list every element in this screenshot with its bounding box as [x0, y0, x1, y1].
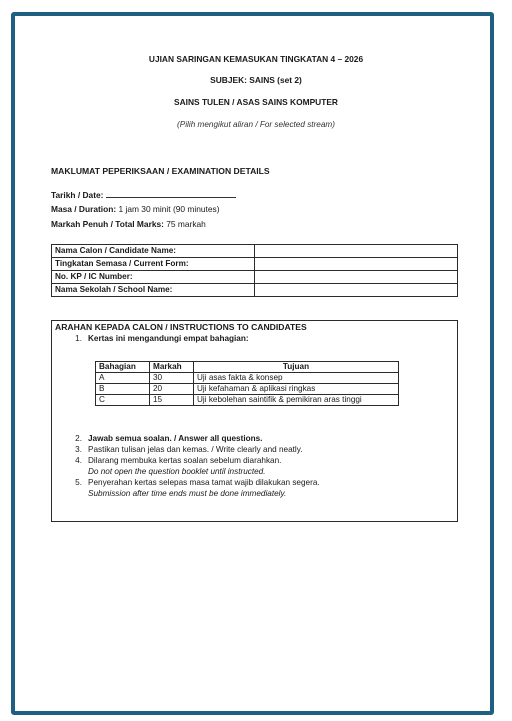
instruction-text: Kertas ini mengandungi empat bahagian:	[88, 334, 249, 343]
school-name-label: Nama Sekolah / School Name:	[52, 284, 255, 297]
instruction-text: Jawab semua soalan. / Answer all questio…	[88, 434, 262, 443]
instructions-heading: ARAHAN KEPADA CALON / INSTRUCTIONS TO CA…	[55, 322, 307, 332]
table-row: C 15 Uji kebolehan saintifik & pemikiran…	[96, 395, 399, 406]
current-form-label: Tingkatan Semasa / Current Form:	[52, 258, 255, 271]
cell-marks: 20	[150, 384, 194, 395]
table-row: Tingkatan Semasa / Current Form:	[52, 258, 458, 271]
instruction-item-5: 5.Penyerahan kertas selepas masa tamat w…	[66, 477, 320, 499]
col-header-markah: Markah	[150, 362, 194, 373]
instructions-box: ARAHAN KEPADA CALON / INSTRUCTIONS TO CA…	[51, 320, 458, 522]
col-header-tujuan: Tujuan	[194, 362, 399, 373]
candidate-name-field[interactable]	[255, 245, 458, 258]
cell-purpose: Uji kebolehan saintifik & pemikiran aras…	[194, 395, 399, 406]
cell-purpose: Uji asas fakta & konsep	[194, 373, 399, 384]
instruction-translation: Submission after time ends must be done …	[66, 488, 320, 499]
instruction-number: 5.	[66, 477, 82, 488]
exam-subject: SUBJEK: SAINS (set 2)	[0, 75, 512, 86]
exam-details-heading: MAKLUMAT PEPERIKSAAN / EXAMINATION DETAI…	[51, 166, 270, 177]
instruction-number: 4.	[66, 455, 82, 466]
instruction-text: Penyerahan kertas selepas masa tamat waj…	[88, 478, 320, 487]
marks-label: Markah Penuh / Total Marks:	[51, 219, 164, 229]
duration-value: 1 jam 30 minit (90 minutes)	[118, 204, 219, 214]
instruction-number: 3.	[66, 444, 82, 455]
table-row: Nama Calon / Candidate Name:	[52, 245, 458, 258]
exam-stream: SAINS TULEN / ASAS SAINS KOMPUTER	[0, 97, 512, 108]
candidate-name-label: Nama Calon / Candidate Name:	[52, 245, 255, 258]
cell-purpose: Uji kefahaman & aplikasi ringkas	[194, 384, 399, 395]
col-header-bahagian: Bahagian	[96, 362, 150, 373]
table-row: Nama Sekolah / School Name:	[52, 284, 458, 297]
instruction-text: Pastikan tulisan jelas dan kemas. / Writ…	[88, 445, 303, 454]
ic-number-field[interactable]	[255, 271, 458, 284]
cell-marks: 30	[150, 373, 194, 384]
cell-section: A	[96, 373, 150, 384]
sections-table: Bahagian Markah Tujuan A 30 Uji asas fak…	[95, 361, 399, 406]
cell-section: B	[96, 384, 150, 395]
instruction-item-2: 2.Jawab semua soalan. / Answer all quest…	[66, 433, 262, 444]
instruction-number: 2.	[66, 433, 82, 444]
school-name-field[interactable]	[255, 284, 458, 297]
current-form-field[interactable]	[255, 258, 458, 271]
date-label: Tarikh / Date:	[51, 190, 103, 200]
instruction-number: 1.	[66, 333, 82, 344]
duration-label: Masa / Duration:	[51, 204, 116, 214]
table-row: No. KP / IC Number:	[52, 271, 458, 284]
marks-line: Markah Penuh / Total Marks: 75 markah	[51, 219, 206, 230]
duration-line: Masa / Duration: 1 jam 30 minit (90 minu…	[51, 204, 220, 215]
ic-number-label: No. KP / IC Number:	[52, 271, 255, 284]
instruction-item-1: 1.Kertas ini mengandungi empat bahagian:	[66, 333, 249, 344]
table-row: B 20 Uji kefahaman & aplikasi ringkas	[96, 384, 399, 395]
instruction-item-4: 4.Dilarang membuka kertas soalan sebelum…	[66, 455, 281, 477]
stream-note: (Pilih mengikut aliran / For selected st…	[0, 119, 512, 130]
exam-title: UJIAN SARINGAN KEMASUKAN TINGKATAN 4 – 2…	[0, 54, 512, 65]
marks-value: 75 markah	[166, 219, 206, 229]
table-row: A 30 Uji asas fakta & konsep	[96, 373, 399, 384]
date-line: Tarikh / Date:	[51, 188, 236, 201]
cell-marks: 15	[150, 395, 194, 406]
instruction-item-3: 3.Pastikan tulisan jelas dan kemas. / Wr…	[66, 444, 303, 455]
table-header-row: Bahagian Markah Tujuan	[96, 362, 399, 373]
cell-section: C	[96, 395, 150, 406]
date-field[interactable]	[106, 188, 236, 198]
instruction-text: Dilarang membuka kertas soalan sebelum d…	[88, 456, 281, 465]
candidate-info-table: Nama Calon / Candidate Name: Tingkatan S…	[51, 244, 458, 297]
instruction-translation: Do not open the question booklet until i…	[66, 466, 281, 477]
